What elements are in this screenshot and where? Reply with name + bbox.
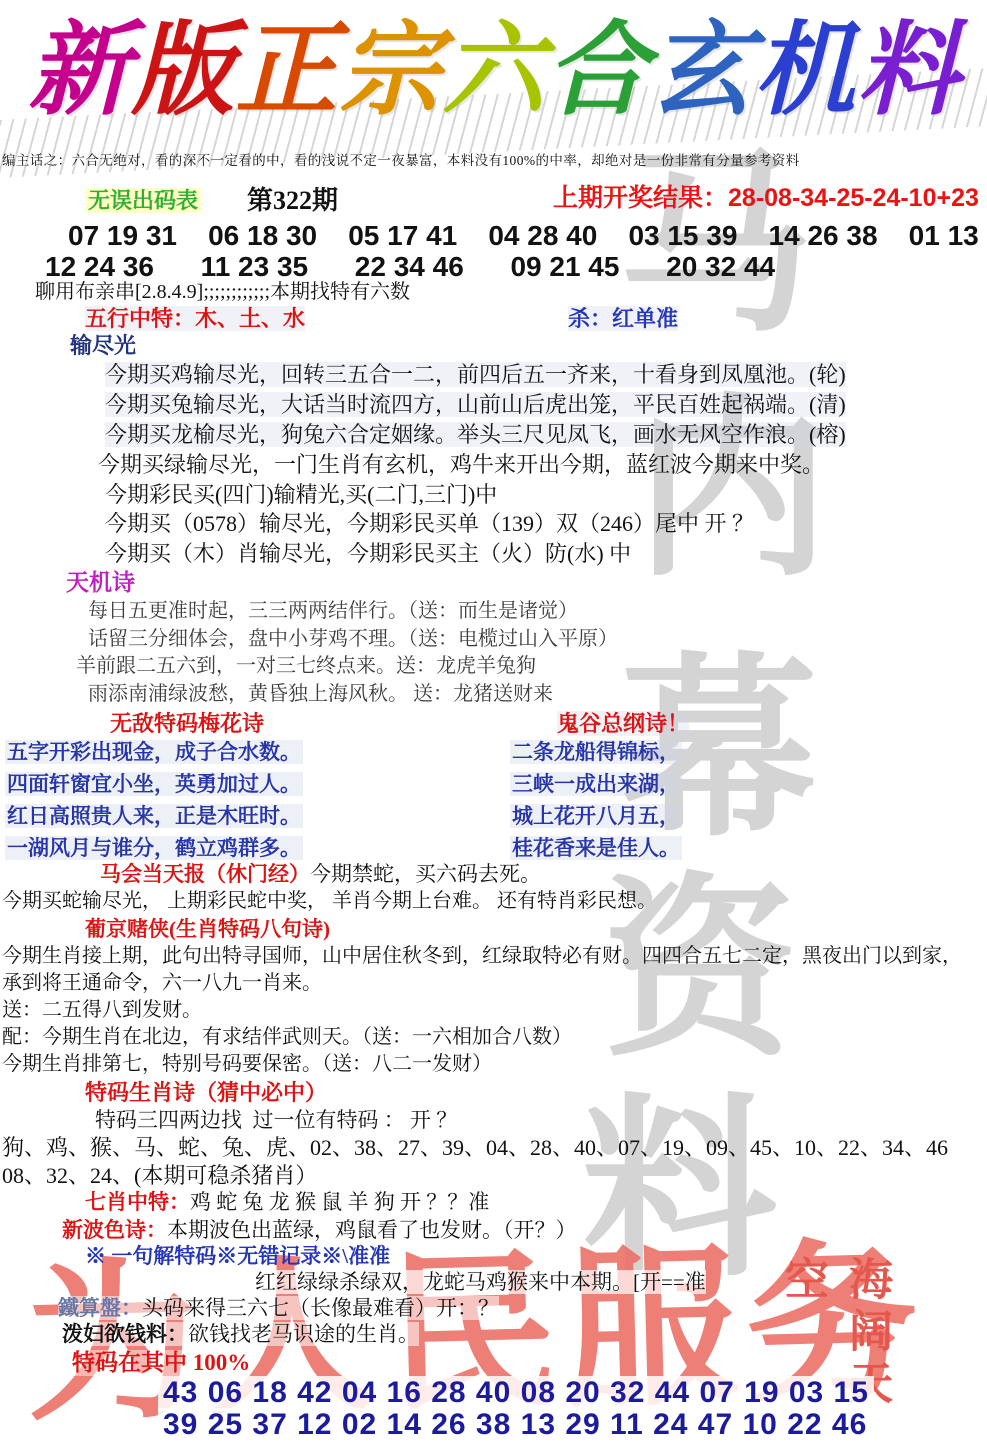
tianjishi-line: 每日五更准时起，三三两两结伴行。（送：而生是诸觉） — [88, 600, 578, 623]
bose-label: 新波色诗： — [62, 1218, 167, 1242]
bose-line: 新波色诗：本期波色出蓝绿，鸡鼠看了也发财。（开？） — [62, 1218, 577, 1242]
tema-zodiac-numbers-2: 08、32、24、(本期可稳杀猪肖） — [2, 1163, 317, 1188]
shujinguang-line: 今期买兔输尽光，大话当时流四方，山前山后虎出笼，平民百姓起祸端。(清) — [105, 392, 846, 417]
bottom-numbers-row-2: 39 25 37 12 02 14 26 38 13 29 11 24 47 1… — [158, 1408, 872, 1443]
final-claim: 特码在其中 100% — [72, 1350, 250, 1376]
shujinguang-line: 今期买鸡输尽光，回转三五合一二，前四后五一齐来，十看身到凤凰池。(轮) — [105, 362, 846, 387]
tianjishi-line: 话留三分细体会，盘中小芽鸡不理。（送：电榄过山入平原） — [88, 628, 618, 651]
pujing-line: 今期生肖排第七，特别号码要保密。（送：八二一发财） — [2, 1053, 492, 1076]
qixiao-label: 七肖中特： — [85, 1190, 190, 1214]
tiesuanpan-line: 鐵算盤：头码来得三六七（长像最难看）开：？ — [58, 1296, 499, 1320]
shujinguang-line: 今期彩民买(四门)输精光,买(二门,三门)中 — [105, 482, 497, 507]
poem-right-line: 二条龙船得锦标， — [510, 740, 682, 764]
title-char: 料 — [857, 2, 959, 152]
mahui-label: 马会当天报（休门经） — [100, 862, 310, 886]
code-table-label: 无误出码表 — [85, 188, 201, 213]
last-draw-result-label: 上期开奖结果： — [553, 185, 728, 212]
title-char: 机 — [753, 2, 855, 152]
jiete-header: ※ 一句解特码※无错记录※\准准 — [85, 1244, 390, 1268]
kill-line: 杀：红单准 — [568, 306, 678, 331]
mahui-line2: 今期买蛇输尽光， 上期彩民蛇中奖， 羊肖今期上台难。 还有特肖彩民想。 — [2, 890, 657, 913]
jiete-line: 红红绿绿杀绿双，龙蛇马鸡猴来中本期。[开==准 — [255, 1270, 706, 1294]
tiesuanpan-text: 头码来得三六七（长像最难看）开：？ — [142, 1296, 499, 1320]
poem-left-line: 四面轩窗宜小坐，英勇加过人。 — [5, 772, 303, 796]
title-char: 合 — [546, 2, 648, 152]
pofu-label: 泼妇欲钱料： — [62, 1322, 188, 1346]
tema-zodiac-numbers-1: 狗、鸡、猴、马、蛇、兔、虎、02、38、27、39、04、28、40、07、19… — [2, 1135, 948, 1160]
shujinguang-line: 今期买（木）肖输尽光，今期彩民买主（火）防(水) 中 — [105, 541, 631, 566]
poem-right-line: 三峡一成出来湖， — [510, 772, 682, 796]
title-char: 新 — [28, 2, 130, 152]
tiesuanpan-label: 鐵算盤： — [58, 1296, 142, 1320]
editor-disclaimer: 编主话之：六合无绝对，看的深不一定看的中，看的浅说不定一夜暴富，本料没有100%… — [2, 153, 800, 169]
tianjishi-line: 雨添南浦绿波愁，黄昏独上海风秋。 送：龙猪送财来 — [88, 683, 553, 706]
title-char: 玄 — [650, 2, 752, 152]
tema-label: 特码生肖诗（猜中必中） — [85, 1080, 327, 1105]
poem-left-line: 一湖风月与谁分，鹤立鸡群多。 — [5, 836, 303, 860]
tianjishi-heading: 天机诗 — [66, 570, 135, 596]
pofu-line: 泼妇欲钱料：欲钱找老马识途的生肖。 — [62, 1322, 419, 1346]
qixiao-line: 七肖中特：鸡 蛇 兔 龙 猴 鼠 羊 狗 开 ？？准 — [85, 1190, 489, 1214]
title-char: 正 — [235, 2, 337, 152]
pujing-line: 今期生肖接上期，此句出特寻国师，山中居住秋冬到，红绿取特必有财。四四合五七二定，… — [2, 945, 962, 968]
pujing-line: 承到将王通命令，六一八九一肖来。 — [2, 972, 322, 995]
bose-text: 本期波色出蓝绿，鸡鼠看了也发财。（开？） — [167, 1218, 577, 1242]
poem-right-line: 城上花开八月五， — [510, 804, 682, 828]
pujing-line: 配：今期生肖在北边，有求结伴武则天。（送：一六相加合八数） — [2, 1026, 572, 1049]
mahui-text: 今期禁蛇，买六码去死。 — [310, 862, 541, 886]
code-row-1: 07 19 31 06 18 30 05 17 41 04 28 40 03 1… — [68, 220, 987, 252]
bottom-numbers-row-1: 43 06 18 42 04 16 28 40 08 20 32 44 07 1… — [158, 1376, 874, 1411]
title-char: 宗 — [339, 2, 441, 152]
last-draw-result: 上期开奖结果：28-08-34-25-24-10+23 — [553, 184, 979, 214]
tianjishi-line: 羊前跟二五六到，一对三七终点来。送：龙虎羊兔狗 — [76, 655, 536, 678]
pujing-line: 送：二五得八到发财。 — [2, 999, 202, 1022]
title-char: 版 — [132, 2, 234, 152]
tip-sheet-page: 马内幕资料 为人民服务 海阔天空 新版正宗六合玄机料 编主话之：六合无绝对，看的… — [0, 0, 987, 1448]
issue-number: 第322期 — [247, 186, 338, 216]
title-char: 六 — [443, 2, 545, 152]
poem-left-line: 红日高照贵人来，正是木旺时。 — [5, 804, 303, 828]
five-elements-line: 五行中特：木、土、水 — [85, 306, 305, 331]
shujinguang-line: 今期买（0578）输尽光，今期彩民买单（139）双（246）尾中 开 ？ — [105, 511, 754, 536]
mahui-line: 马会当天报（休门经）今期禁蛇，买六码去死。 — [100, 862, 541, 886]
shujinguang-line: 今期买绿输尽光，一门生肖有玄机，鸡牛来开出今期，蓝红波今期来中奖。 — [98, 452, 824, 477]
qixiao-text: 鸡 蛇 兔 龙 猴 鼠 羊 狗 开 ？？准 — [190, 1190, 489, 1214]
poem-left-line: 五字开彩出现金，成子合水数。 — [5, 740, 303, 764]
last-draw-result-numbers: 28-08-34-25-24-10+23 — [728, 184, 979, 212]
tema-line: 特码三四两边找 过一位有特码 ： 开 ？ — [95, 1108, 457, 1132]
shujinguang-heading: 输尽光 — [70, 333, 136, 358]
pofu-text: 欲钱找老马识途的生肖。 — [188, 1322, 419, 1346]
pujing-label: 葡京赌侠(生肖特码八句诗) — [85, 917, 330, 941]
meihua-left-title: 无敌特码梅花诗 — [110, 711, 264, 736]
poem-right-line: 桂花香来是佳人。 — [510, 836, 682, 860]
page-title: 新版正宗六合玄机料 — [0, 2, 987, 152]
code-table-note: 聊用布亲串[2.8.4.9];;;;;;;;;;;;本期找特有六数 — [35, 281, 410, 304]
meihua-right-title: 鬼谷总纲诗！ — [557, 711, 689, 736]
code-row-2: 12 24 36 11 23 35 22 34 46 09 21 45 20 3… — [45, 251, 775, 283]
shujinguang-line: 今期买龙榆尽光，狗兔六合定姻缘。举头三尺见凤飞，画水无风空作浪。(榕) — [105, 422, 846, 447]
